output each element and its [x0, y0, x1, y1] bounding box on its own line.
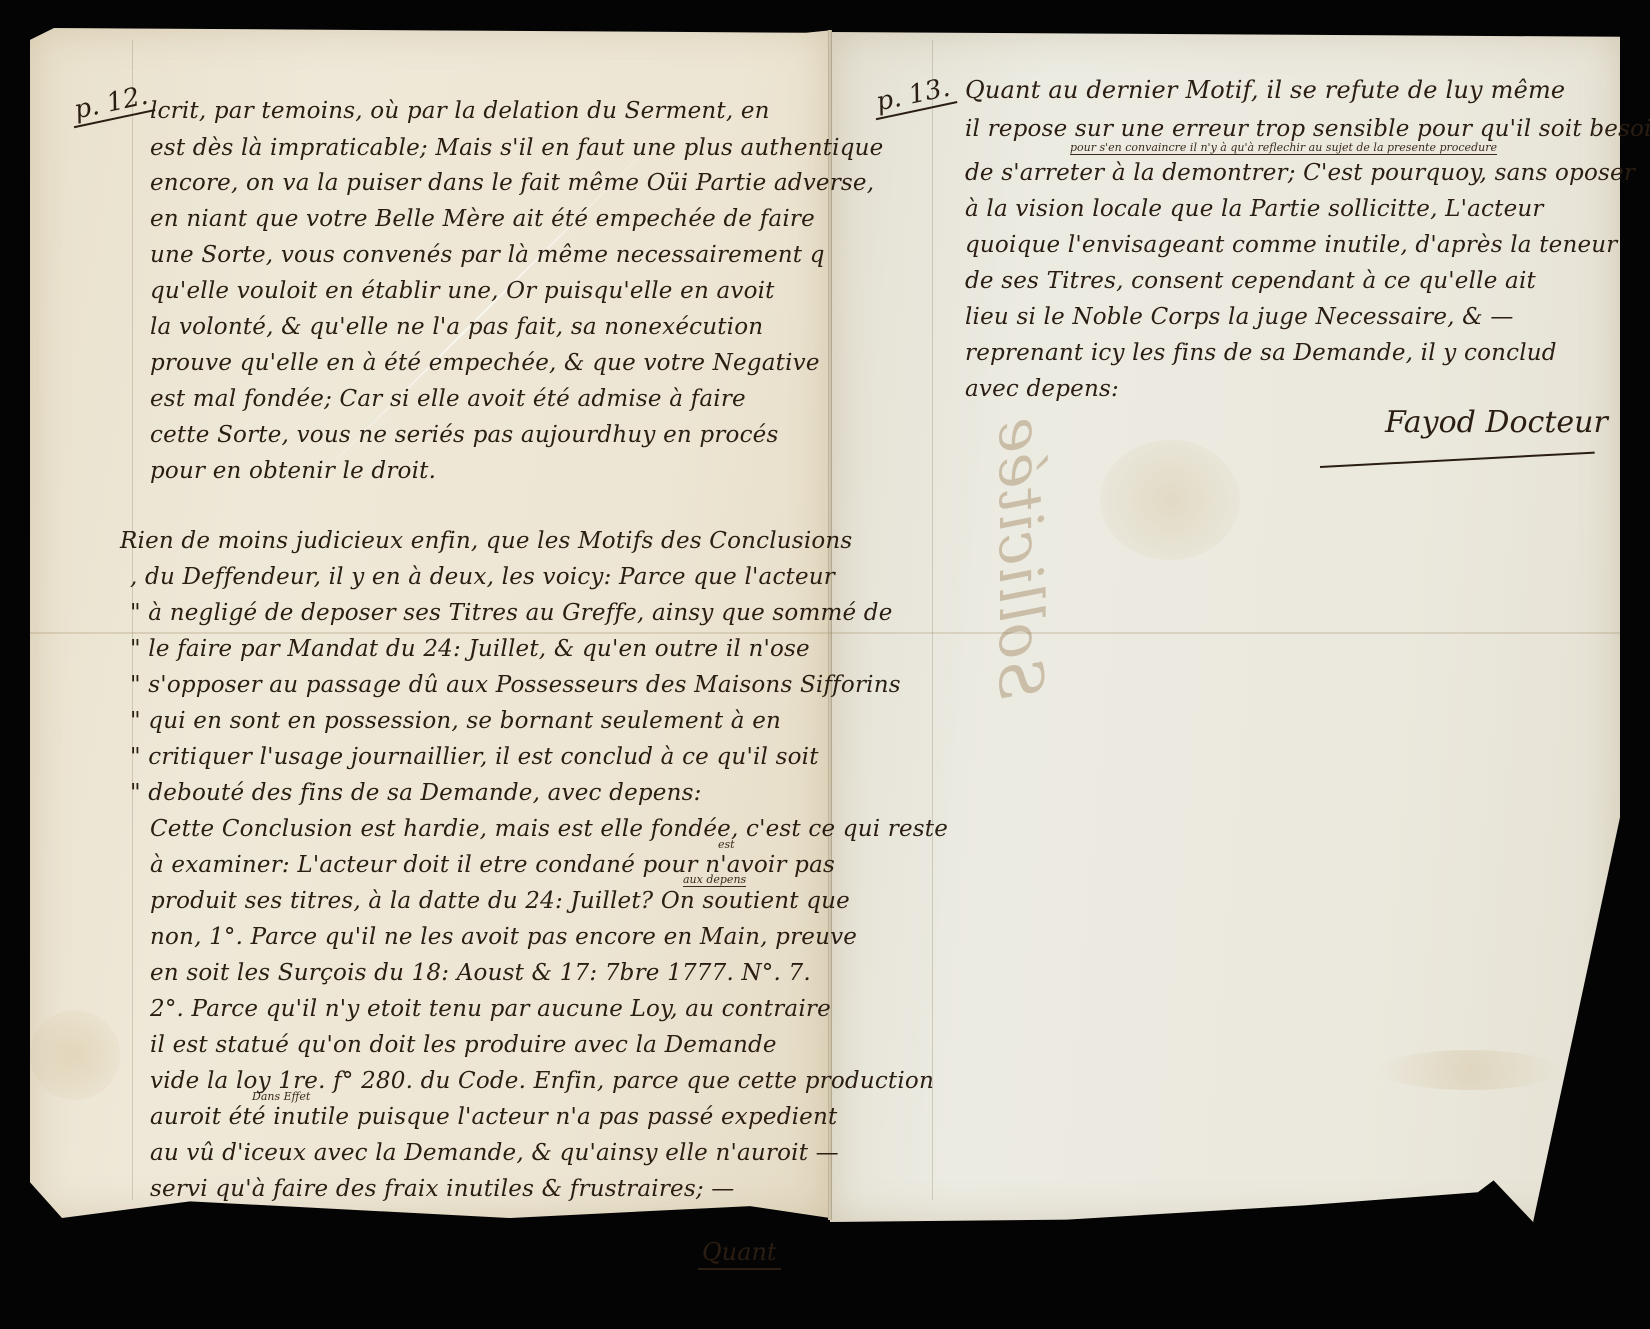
text-line: cette Sorte, vous ne seriés pas aujourdh…	[150, 424, 778, 447]
text-line: Rien de moins judicieux enfin, que les M…	[120, 530, 852, 553]
text-line: de s'arreter à la demontrer; C'est pourq…	[965, 162, 1635, 185]
text-line: en soit les Surçois du 18: Aoust & 17: 7…	[150, 962, 811, 985]
text-line: de ses Titres, consent cependant à ce qu…	[965, 270, 1536, 293]
interlinear-note: Dans Effet	[252, 1090, 310, 1103]
text-line: quoique l'envisageant comme inutile, d'a…	[965, 234, 1618, 257]
text-line: 2°. Parce qu'il n'y etoit tenu par aucun…	[150, 998, 831, 1021]
text-line: lcrit, par temoins, où par la delation d…	[150, 100, 770, 123]
text-line: en niant que votre Belle Mère ait été em…	[150, 208, 815, 231]
text-line: " à negligé de deposer ses Titres au Gre…	[130, 602, 893, 625]
text-line: " critiquer l'usage journaillier, il est…	[130, 746, 819, 769]
text-line: prouve qu'elle en à été empechée, & que …	[150, 352, 820, 375]
text-line: qu'elle vouloit en établir une, Or puisq…	[150, 280, 775, 303]
text-line: au vû d'iceux avec la Demande, & qu'ains…	[150, 1142, 839, 1165]
text-line: est dès là impraticable; Mais s'il en fa…	[150, 137, 883, 160]
text-line: auroit été inutile puisque l'acteur n'a …	[150, 1106, 837, 1129]
text-line: " s'opposer au passage dû aux Possesseur…	[130, 674, 901, 697]
horizontal-fold	[30, 632, 1620, 634]
text-line: est mal fondée; Car si elle avoit été ad…	[150, 388, 746, 411]
text-line: servi qu'à faire des fraix inutiles & fr…	[150, 1178, 735, 1201]
paper-stain	[1100, 440, 1240, 560]
signature: Fayod Docteur	[1385, 405, 1608, 440]
text-line: pour en obtenir le droit.	[150, 460, 436, 483]
paper-stain	[30, 1010, 120, 1100]
text-line: " debouté des fins de sa Demande, avec d…	[130, 782, 702, 805]
text-line: Quant au dernier Motif, il se refute de …	[965, 78, 1565, 102]
text-line: non, 1°. Parce qu'il ne les avoit pas en…	[150, 926, 857, 949]
text-line: " le faire par Mandat du 24: Juillet, & …	[130, 638, 810, 661]
text-line: il est statué qu'on doit les produire av…	[150, 1034, 777, 1057]
right-margin-rule	[932, 40, 933, 1200]
text-line: avec depens:	[965, 378, 1119, 401]
text-line: il repose sur une erreur trop sensible p…	[965, 118, 1650, 141]
text-line: encore, on va la puiser dans le fait mêm…	[150, 172, 874, 195]
bleed-through-text: Sollicitée	[985, 417, 1055, 700]
text-line: reprenant icy les fins de sa Demande, il…	[965, 342, 1557, 365]
text-line: " qui en sont en possession, se bornant …	[130, 710, 781, 733]
text-line: lieu si le Noble Corps la juge Necessair…	[965, 306, 1514, 329]
interlinear-note: est	[718, 838, 735, 851]
paper-stain	[1380, 1050, 1560, 1090]
interlinear-note: pour s'en convaincre il n'y à qu'à refle…	[1070, 141, 1497, 155]
text-line: la volonté, & qu'elle ne l'a pas fait, s…	[150, 316, 763, 339]
interlinear-note: aux depens	[683, 873, 746, 887]
text-line: produit ses titres, à la datte du 24: Ju…	[150, 890, 850, 913]
text-line: à la vision locale que la Partie sollici…	[965, 198, 1544, 221]
text-line: une Sorte, vous convenés par là même nec…	[150, 244, 825, 267]
text-line: Cette Conclusion est hardie, mais est el…	[150, 818, 948, 841]
catchword: Quant	[698, 1238, 781, 1270]
text-line: , du Deffendeur, il y en à deux, les voi…	[130, 566, 835, 589]
